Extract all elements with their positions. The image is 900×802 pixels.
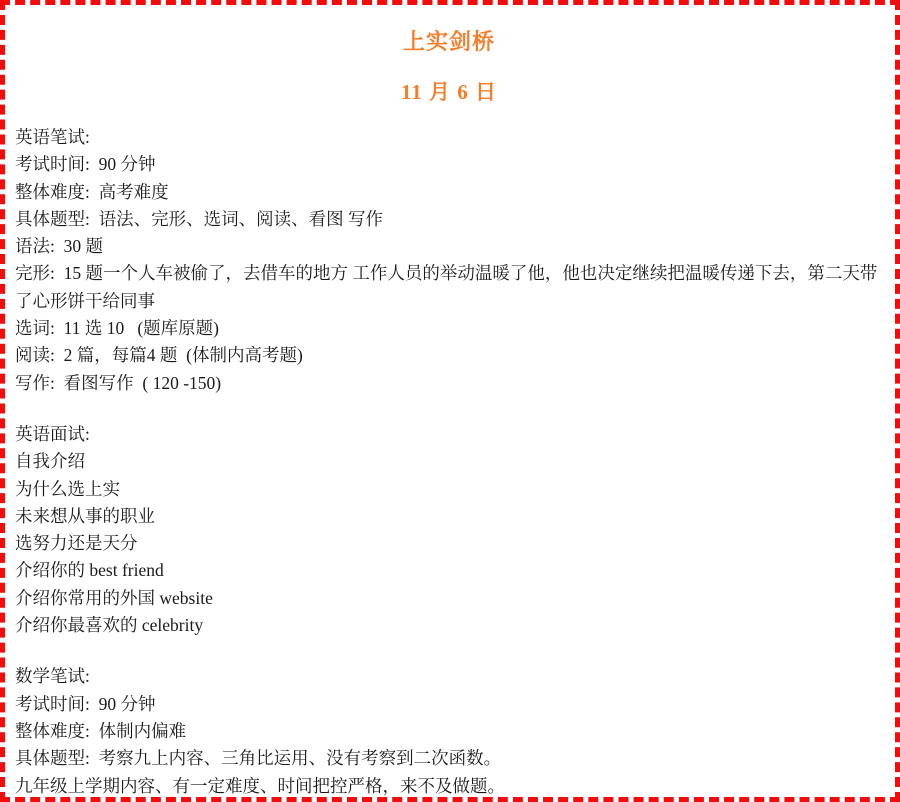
text-line: 整体难度: 高考难度 <box>15 179 883 206</box>
text-line: 九年级上学期内容、有一定难度、时间把控严格，来不及做题。 <box>15 773 883 800</box>
document-page: 上实剑桥 11 月 6 日 英语笔试: 考试时间: 90 分钟 整体难度: 高考… <box>0 0 900 802</box>
text-line: 介绍你最喜欢的 celebrity <box>15 612 883 639</box>
text-line: 阅读: 2 篇，每篇4 题 (体制内高考题) <box>15 342 883 369</box>
text-line: 为什么选上实 <box>15 476 883 503</box>
page-title: 上实剑桥 <box>15 29 883 55</box>
section-english-written-exam: 英语笔试: 考试时间: 90 分钟 整体难度: 高考难度 具体题型: 语法、完形… <box>15 124 883 397</box>
section-english-interview: 英语面试: 自我介绍 为什么选上实 未来想从事的职业 选努力还是天分 介绍你的 … <box>15 421 883 639</box>
text-line: 介绍你常用的外国 website <box>15 585 883 612</box>
text-line: 整体难度: 体制内偏难 <box>15 718 883 745</box>
page-date: 11 月 6 日 <box>15 79 883 105</box>
text-line: 介绍你的 best friend <box>15 557 883 584</box>
text-line: 具体题型: 语法、完形、选词、阅读、看图 写作 <box>15 206 883 233</box>
text-line: 自我介绍 <box>15 448 883 475</box>
text-line: 写作: 看图写作 ( 120 -150) <box>15 370 883 397</box>
text-line: 选努力还是天分 <box>15 530 883 557</box>
text-line: 数学笔试: <box>15 663 883 690</box>
document-body: 英语笔试: 考试时间: 90 分钟 整体难度: 高考难度 具体题型: 语法、完形… <box>15 124 883 800</box>
text-line: 未来想从事的职业 <box>15 503 883 530</box>
section-math-written-exam: 数学笔试: 考试时间: 90 分钟 整体难度: 体制内偏难 具体题型: 考察九上… <box>15 663 883 799</box>
text-line: 考试时间: 90 分钟 <box>15 691 883 718</box>
text-line: 考试时间: 90 分钟 <box>15 151 883 178</box>
text-line: 英语面试: <box>15 421 883 448</box>
text-line: 具体题型: 考察九上内容、三角比运用、没有考察到二次函数。 <box>15 745 883 772</box>
text-line: 英语笔试: <box>15 124 883 151</box>
text-line: 语法: 30 题 <box>15 233 883 260</box>
text-line: 完形: 15 题一个人车被偷了，去借车的地方 工作人员的举动温暖了他，他也决定继… <box>15 260 883 315</box>
text-line: 选词: 11 选 10 (题库原题) <box>15 315 883 342</box>
